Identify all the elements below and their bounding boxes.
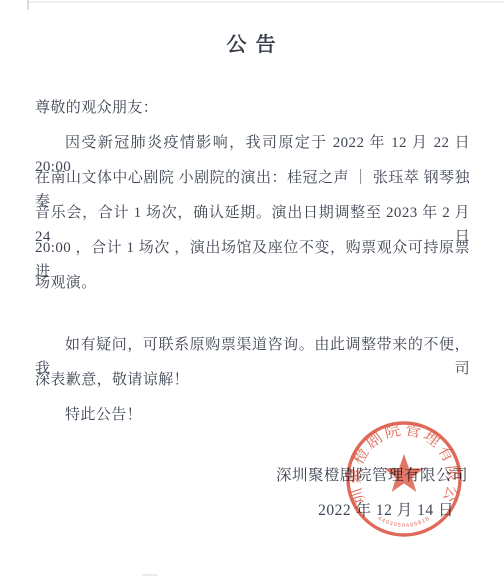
scan-edge-artifact <box>27 1 504 3</box>
paragraph2-line: 深表歉意，敬请谅解！ <box>35 368 470 392</box>
announcement-page: 公 告 尊敬的观众朋友： 因受新冠肺炎疫情影响，我司原定于 2022 年 12 … <box>0 0 504 581</box>
closing-line: 特此公告！ <box>35 403 470 427</box>
signature-date: 2022 年 12 月 14 日 <box>318 498 454 520</box>
scan-smudge-artifact <box>142 574 158 576</box>
page-title: 公 告 <box>0 28 504 57</box>
paragraph1-line: 场观演。 <box>35 271 470 295</box>
signature-company: 深圳聚橙剧院管理有限公司 <box>276 463 468 485</box>
scan-edge-artifact <box>27 0 29 10</box>
salutation-line: 尊敬的观众朋友： <box>35 96 470 120</box>
